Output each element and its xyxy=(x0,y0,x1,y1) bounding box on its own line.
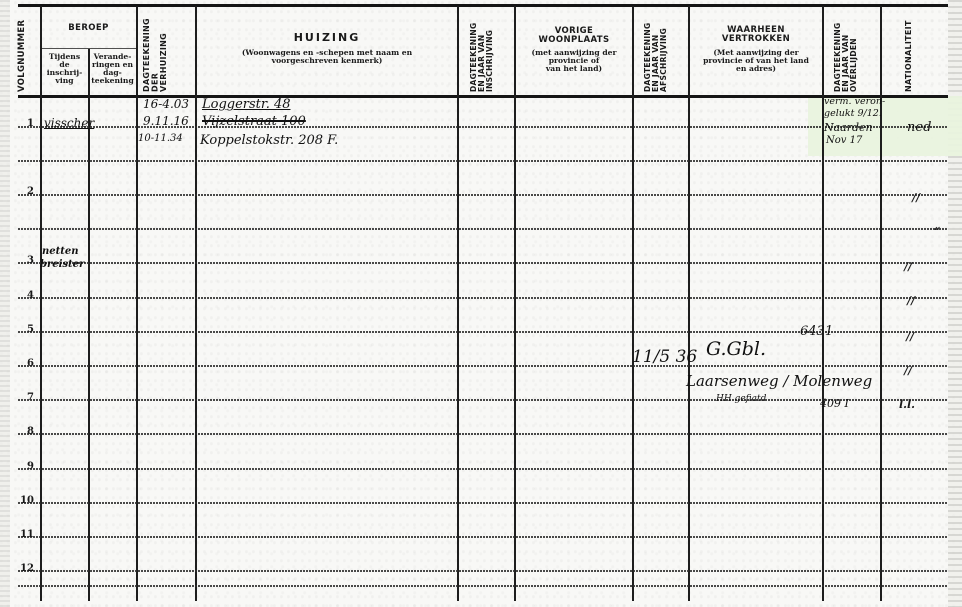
scanned-right-edge xyxy=(948,0,962,607)
header-vorige-woonplaats: VORIGE WOONPLAATS xyxy=(516,27,632,45)
header-nationaliteit: NATIONALITEIT xyxy=(905,14,919,92)
header-vorige-woonplaats-subtitle: (met aanwijzing der provincie of van het… xyxy=(516,49,632,73)
row-line xyxy=(18,536,948,538)
huizing-address-1: Loggerstr. 48 xyxy=(202,97,291,112)
col-divider xyxy=(632,6,634,601)
row-number: 12 xyxy=(4,563,34,574)
row-number: 3 xyxy=(4,255,34,266)
header-waarheen-subtitle: (Met aanwijzing der provincie of van het… xyxy=(690,49,822,73)
waarheen-number: 6431 xyxy=(800,324,833,339)
header-dagteekening-afschrijving: DAGTEEKENING EN JAAR VAN AFSCHRIJVING xyxy=(644,10,679,92)
col-divider xyxy=(457,6,459,601)
waarheen-line-3: HH gefiatd xyxy=(716,394,766,404)
row1-beroep: visscher xyxy=(44,116,94,130)
row-line xyxy=(18,262,948,264)
row-line xyxy=(18,297,948,299)
header-huizing: HUIZING xyxy=(197,32,457,44)
header-dagteekening-inschrijving: DAGTEEKENING EN JAAR VAN INSCHRIJVING xyxy=(470,10,505,92)
row-number: 9 xyxy=(4,461,34,472)
verhuizing-date-2: 9.11.16 xyxy=(143,114,189,128)
overlijden-note-1: verm. veron- xyxy=(824,97,885,107)
header-beroep-tijdens: Tijdens de inschrij- ving xyxy=(41,53,88,85)
huizing-address-3: Koppelstokstr. 208 F. xyxy=(200,133,338,148)
col-divider xyxy=(688,6,690,601)
header-beroep: BEROEP xyxy=(41,24,136,33)
ditto-mark: // xyxy=(906,330,914,343)
ditto-mark: // xyxy=(904,364,912,377)
waarheen-line-4: 409 I xyxy=(820,397,849,410)
row3-beroep-line2: breister xyxy=(40,259,84,270)
header-volgnummer: VOLGNUMMER xyxy=(18,12,38,92)
col-divider xyxy=(40,6,42,601)
row-line xyxy=(18,365,948,367)
header-huizing-subtitle: (Woonwagens en -schepen met naam en voor… xyxy=(197,49,457,65)
waarheen-line-2: Laarsenweg / Molenweg xyxy=(686,372,872,390)
header-beroep-veranderingen: Verande- ringen en dag- teekening xyxy=(89,53,136,85)
col-divider xyxy=(514,6,516,601)
row-line xyxy=(18,194,948,196)
register-sheet: VOLGNUMMER BEROEP Tijdens de inschrij- v… xyxy=(0,0,962,607)
row-line xyxy=(18,502,948,504)
row-line xyxy=(18,468,948,470)
waarheen-line-1: G.Gbl. xyxy=(706,338,766,360)
overlijden-note-2: gelukt 9/12. xyxy=(824,108,882,119)
ditto-mark: // xyxy=(907,294,915,307)
row-line xyxy=(18,160,948,162)
verhuizing-date-3: 10-11.34 xyxy=(138,133,183,144)
col-divider xyxy=(195,6,197,601)
row-number: 10 xyxy=(4,495,34,506)
row-number: 2 xyxy=(4,186,34,197)
header-waarheen: WAARHEEN VERTROKKEN xyxy=(690,26,822,44)
row-number: 1 xyxy=(4,118,34,129)
ditto-mark: // xyxy=(904,260,912,273)
afschrijving-date: 11/5 36 xyxy=(632,347,697,367)
row-line xyxy=(18,399,948,401)
row-number: 7 xyxy=(4,392,34,403)
scanned-left-edge xyxy=(0,0,10,607)
nationaliteit-value: ned xyxy=(907,120,931,135)
row-number: 11 xyxy=(4,529,34,540)
ditto-mark: “ xyxy=(934,225,940,238)
row-line xyxy=(18,570,948,572)
huizing-address-2-struck: Vijzelstraat 100 xyxy=(202,114,306,129)
col-divider xyxy=(136,6,138,601)
top-border xyxy=(18,4,948,7)
ditto-mark: // xyxy=(912,191,920,204)
row-number: 8 xyxy=(4,426,34,437)
row-number: 5 xyxy=(4,324,34,335)
row-number: 6 xyxy=(4,358,34,369)
row-number: 4 xyxy=(4,290,34,301)
header-dagteekening-overlijden: DAGTEEKENING EN JAAR VAN OVERLIJDEN xyxy=(834,10,872,92)
ditto-mark: l.l. xyxy=(899,398,915,411)
row-line xyxy=(18,433,948,435)
verhuizing-date-1: 16-4.03 xyxy=(143,97,189,111)
row3-beroep-line1: netten xyxy=(42,246,79,257)
overlijden-note-3: Naarden xyxy=(824,121,873,134)
header-dagteekening-verhuizing: DAGTEEKENING DER VERHUIZING xyxy=(143,14,188,92)
overlijden-note-4: Nov 17 xyxy=(826,135,862,146)
col-divider xyxy=(88,49,90,601)
row-line xyxy=(18,585,948,587)
row-line xyxy=(18,228,948,230)
